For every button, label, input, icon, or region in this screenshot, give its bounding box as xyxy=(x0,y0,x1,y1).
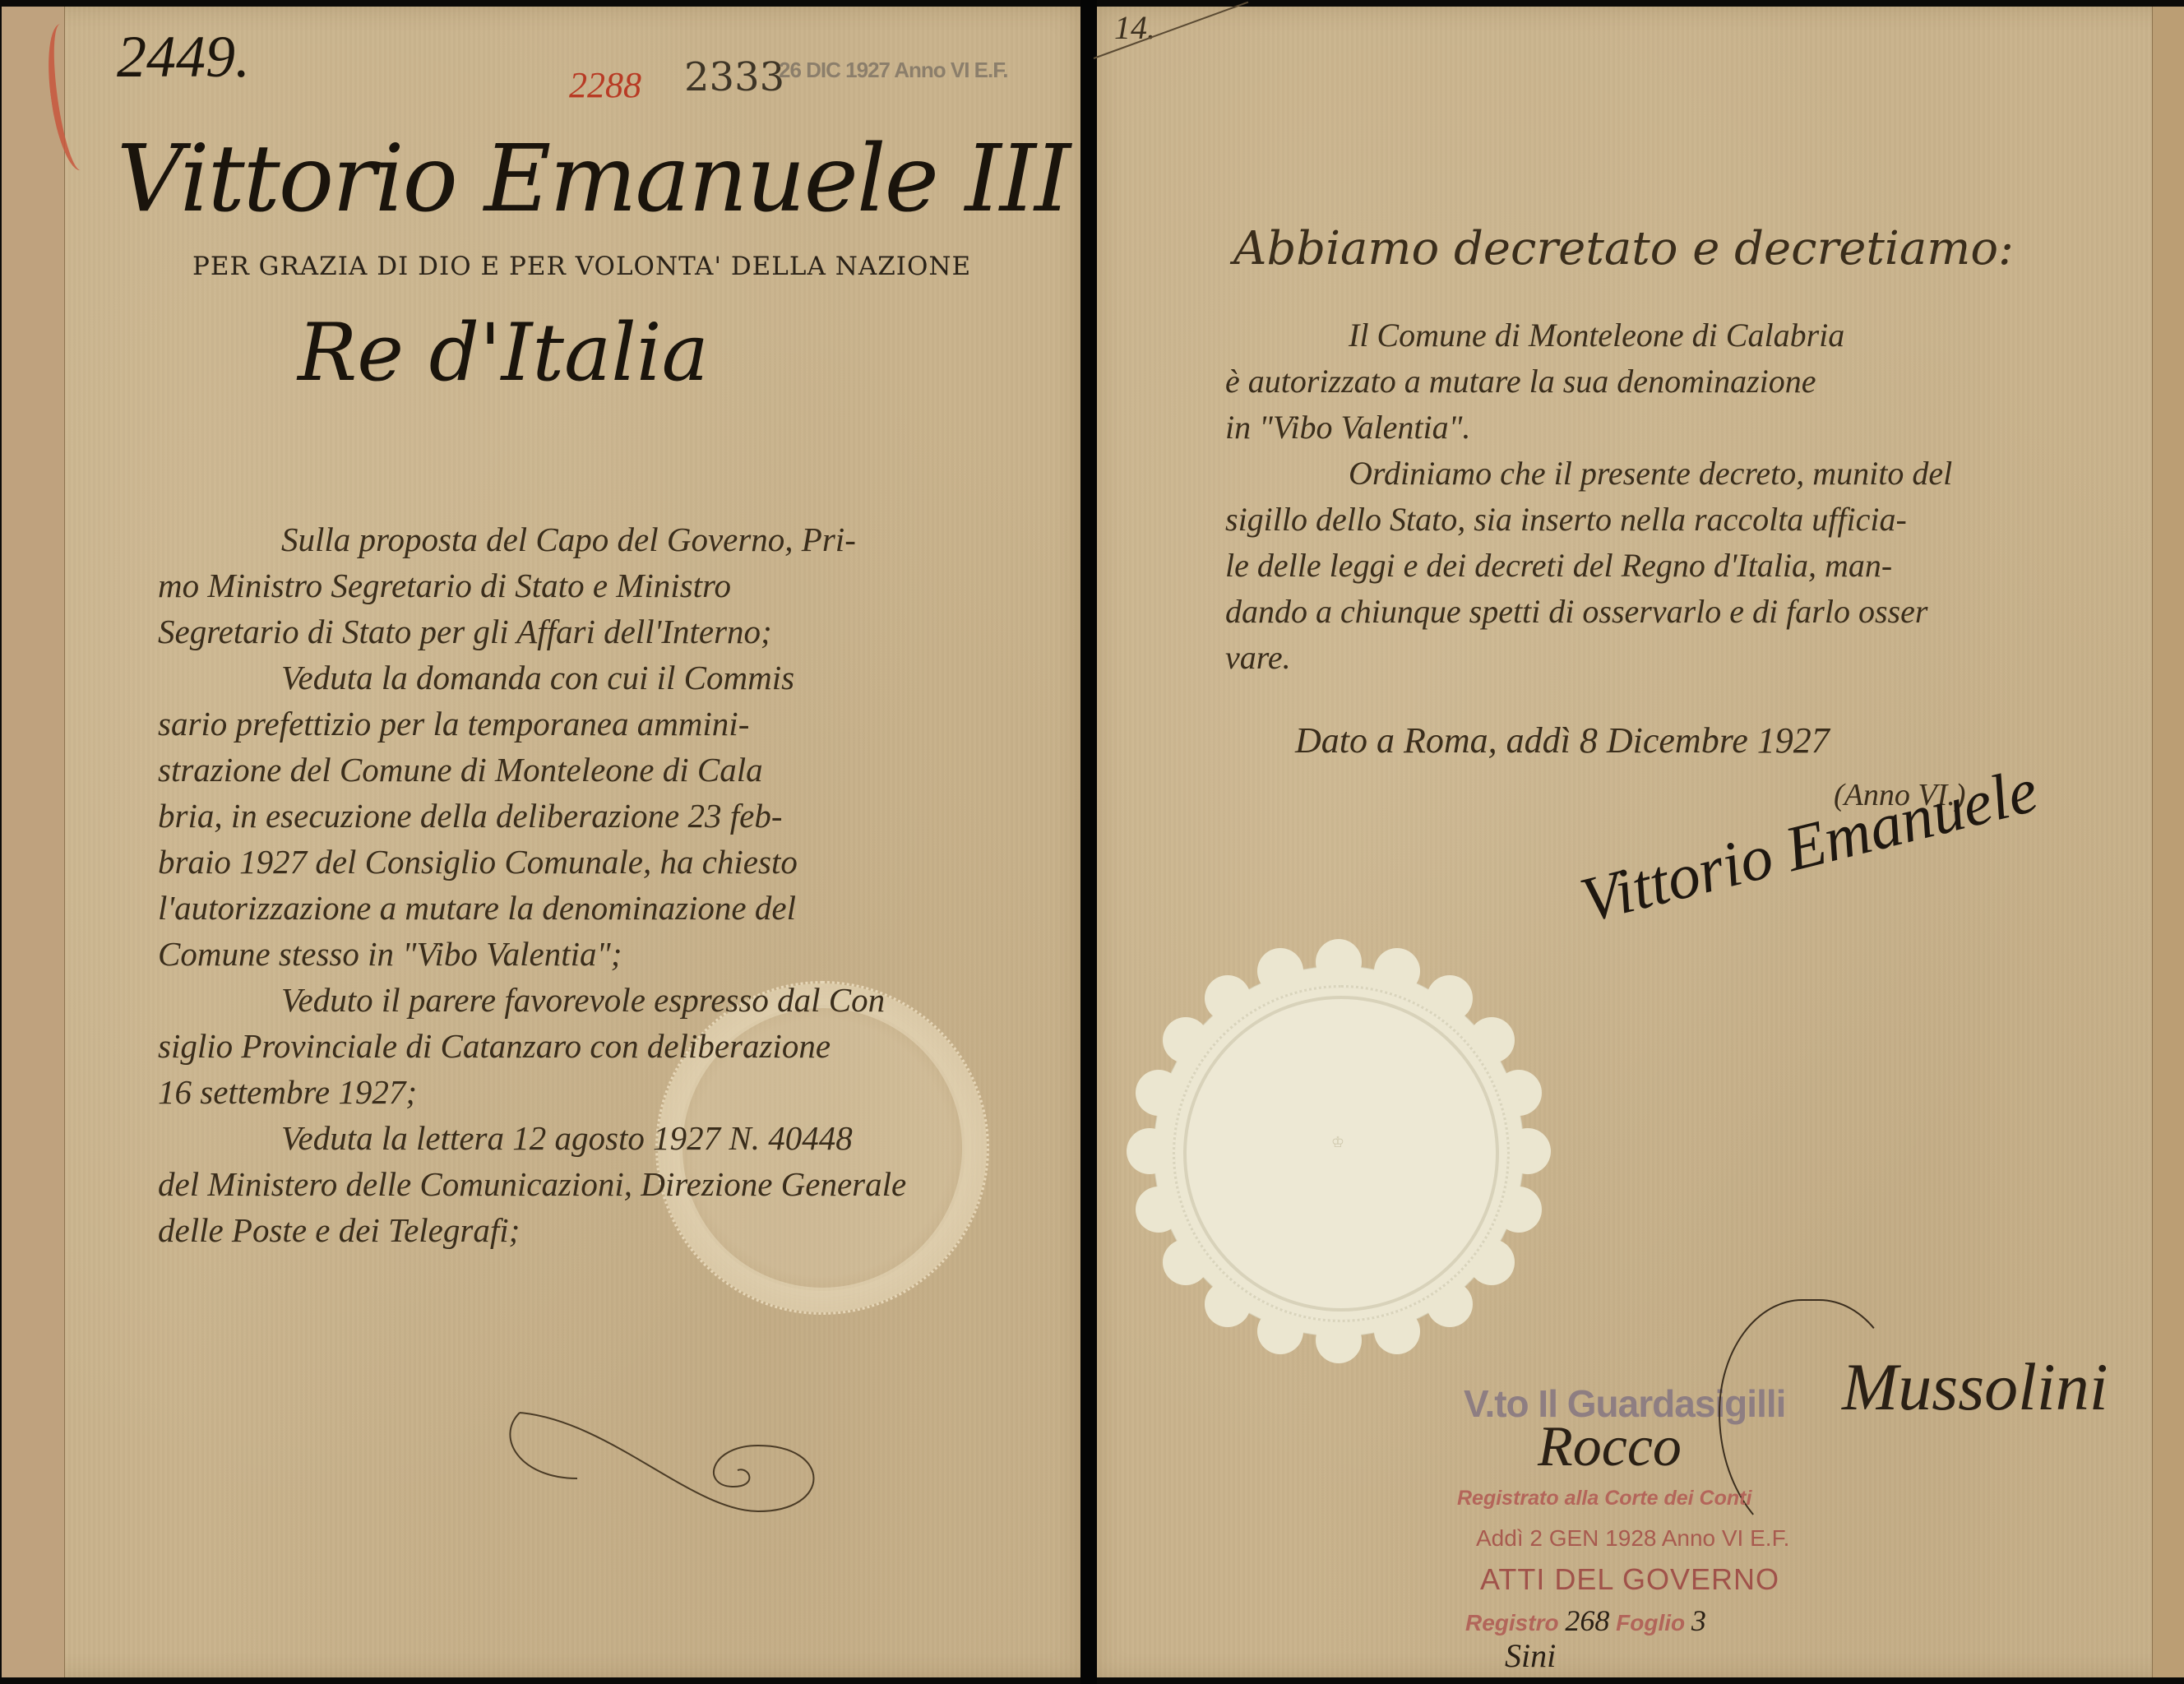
king-name-heading: Vittorio Emanuele III xyxy=(117,126,1069,233)
text-line: l'autorizzazione a mutare la denominazio… xyxy=(158,885,947,931)
registration-stamp-registro: Registro 268 Foglio 3 xyxy=(1465,1603,1706,1638)
text-line: Ordiniamo che il presente decreto, munit… xyxy=(1225,451,2047,497)
text-line: mo Ministro Segretario di Stato e Minist… xyxy=(158,562,947,608)
text-line: braio 1927 del Consiglio Comunale, ha ch… xyxy=(158,839,947,885)
text-line: Sulla proposta del Capo del Governo, Pri… xyxy=(158,516,947,562)
registro-label: Registro xyxy=(1465,1610,1559,1635)
text-line: Il Comune di Monteleone di Calabria xyxy=(1225,312,2047,359)
stamped-number: 2333 xyxy=(684,54,784,100)
text-line: sigillo dello Stato, sia inserto nella r… xyxy=(1225,497,2047,543)
text-line: Veduto il parere favorevole espresso dal… xyxy=(158,977,947,1023)
text-line: Comune stesso in "Vibo Valentia"; xyxy=(158,931,947,977)
foglio-value: 3 xyxy=(1691,1604,1706,1637)
registro-value: 268 xyxy=(1565,1604,1609,1637)
date-place-line: Dato a Roma, addì 8 Dicembre 1927 xyxy=(1295,719,1830,761)
text-line: Segretario di Stato per gli Affari dell'… xyxy=(158,608,947,655)
handwritten-number: 2449. xyxy=(117,23,250,91)
text-line: sario prefettizio per la temporanea ammi… xyxy=(158,701,947,747)
binding-strip-right xyxy=(2152,7,2184,1677)
page-number: 14. xyxy=(1114,8,1155,47)
text-line: siglio Provinciale di Catanzaro con deli… xyxy=(158,1023,947,1069)
binding-strip-left xyxy=(2,7,65,1677)
registration-stamp-atti: ATTI DEL GOVERNO xyxy=(1480,1562,1779,1597)
text-line: delle Poste e dei Telegrafi; xyxy=(158,1207,947,1253)
text-line: le delle leggi e dei decreti del Regno d… xyxy=(1225,543,2047,589)
subtitle: PER GRAZIA DI DIO E PER VOLONTA' DELLA N… xyxy=(192,252,971,281)
text-line: 16 settembre 1927; xyxy=(158,1069,947,1115)
registration-stamp-date: Addì 2 GEN 1928 Anno VI E.F. xyxy=(1476,1525,1789,1552)
clerk-signature: Sini xyxy=(1505,1636,1556,1675)
text-line: in "Vibo Valentia". xyxy=(1225,405,2047,451)
text-line: del Ministero delle Comunicazioni, Direz… xyxy=(158,1161,947,1207)
text-line: dando a chiunque spetti di osservarlo e … xyxy=(1225,589,2047,635)
title-re-d-italia: Re d'Italia xyxy=(298,307,709,399)
text-line: è autorizzato a mutare la sua denominazi… xyxy=(1225,359,2047,405)
text-line: Veduta la domanda con cui il Commis xyxy=(158,655,947,701)
seal-inner-ring xyxy=(1173,985,1510,1322)
preamble-text: Sulla proposta del Capo del Governo, Pri… xyxy=(158,516,947,1253)
decree-text: Il Comune di Monteleone di Calabria è au… xyxy=(1225,312,2047,681)
guardasigilli-signature: Rocco xyxy=(1538,1414,1682,1480)
prime-minister-signature: Mussolini xyxy=(1842,1349,2108,1426)
text-line: strazione del Comune di Monteleone di Ca… xyxy=(158,747,947,793)
left-page: 2449. 2288 2333 26 DIC 1927 Anno VI E.F.… xyxy=(2,7,1080,1677)
text-line: Veduta la lettera 12 agosto 1927 N. 4044… xyxy=(158,1115,947,1161)
text-line: bria, in esecuzione della deliberazione … xyxy=(158,793,947,839)
foglio-label: Foglio xyxy=(1616,1610,1685,1635)
book-spine xyxy=(1080,0,1097,1684)
pen-flourish-icon xyxy=(487,1388,865,1520)
red-number: 2288 xyxy=(569,64,641,106)
seal-coat-of-arms: ♔ xyxy=(1125,1134,1552,1151)
registration-stamp-line1: Registrato alla Corte dei Conti xyxy=(1457,1487,1751,1511)
state-seal-icon: ♔ xyxy=(1125,937,1552,1365)
date-stamp: 26 DIC 1927 Anno VI E.F. xyxy=(779,58,1007,83)
decree-heading: Abbiamo decretato e decretiamo: xyxy=(1233,222,2014,275)
text-line: vare. xyxy=(1225,635,2047,681)
